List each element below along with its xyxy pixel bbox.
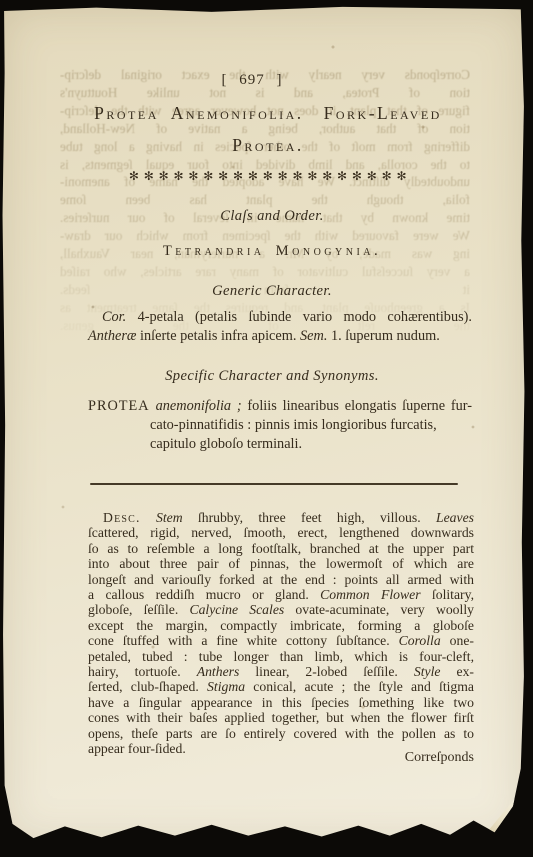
text-segment: ſhrubby, three feet high, villous. <box>183 510 436 525</box>
page-content: [ 697 ] Protea Anemonifolia. Fork-Leaved… <box>2 6 526 844</box>
description-line: except the margin, compactly imbricate, … <box>88 618 474 633</box>
paper-speckles <box>2 6 4 8</box>
description-line: ſcattered, rigid, nerved, ſmooth, erect,… <box>88 525 474 540</box>
text-segment: Stem <box>156 510 183 525</box>
text-segment: cones with their baſes applied together,… <box>88 710 474 725</box>
description-line: ſo as to reſemble a long footſtalk, bran… <box>88 541 474 556</box>
text-segment: a callous reddiſh mucro or gland. <box>88 587 320 602</box>
text-segment: Style <box>414 664 441 679</box>
text-segment: Anthers <box>197 664 240 679</box>
text-segment <box>141 510 156 525</box>
text-segment: Sem. <box>300 328 327 344</box>
generic-character-line: Antheræ inſerte petalis infra apicem. Se… <box>88 327 472 346</box>
text-segment: Corolla <box>399 633 441 648</box>
text-segment: ex- <box>440 664 474 679</box>
class-order-heading: Claſs and Order. <box>62 208 482 225</box>
text-segment: anemonifolia ; <box>156 398 242 414</box>
text-segment: inſerte petalis infra apicem. <box>136 328 300 344</box>
text-segment: conical, acute ; the ſtyle and ſtigma <box>245 679 474 694</box>
text-segment: cone ſtuffed with a fine white cottony ſ… <box>88 633 399 648</box>
text-segment: ſerted, club-ſhaped. <box>88 679 207 694</box>
text-segment: 1. ſuperum nudum. <box>327 328 439 344</box>
section-divider-rule <box>90 483 458 485</box>
description-line: Desc. Stem ſhrubby, three feet high, vil… <box>88 510 474 525</box>
specific-character-text: PROTEA anemonifolia ; foliis linearibus … <box>88 397 472 454</box>
text-segment: capitulo globoſo terminali. <box>150 436 302 452</box>
description-line: cone ſtuffed with a fine white cottony ſ… <box>88 633 474 648</box>
article-title-line2: Protea. <box>42 135 494 156</box>
text-segment: petaled, tubed : tube longer than limb, … <box>88 649 474 664</box>
text-segment: ſo as to reſemble a long footſtalk, bran… <box>88 541 474 556</box>
text-segment: hairy, tortuoſe. <box>88 664 197 679</box>
catchword: Correſponds <box>88 750 474 766</box>
page-number: [ 697 ] <box>62 72 442 89</box>
text-segment: Calycine Scales <box>189 602 284 617</box>
description-line: cones with their baſes applied together,… <box>88 710 474 725</box>
text-segment: longeſt and variouſly forked at the end … <box>88 572 474 587</box>
text-segment: foliis linearibus elongatis ſuperne fur- <box>242 398 472 414</box>
description-line: ſerted, club-ſhaped. Stigma conical, acu… <box>88 679 474 694</box>
text-segment: ovate-acuminate, very woolly <box>284 602 474 617</box>
text-segment: 4-petala (petalis ſubinde vario modo coh… <box>126 309 472 325</box>
text-segment: PROTEA <box>88 398 156 414</box>
text-segment: ſcattered, rigid, nerved, ſmooth, erect,… <box>88 525 474 540</box>
specific-character-line: cato-pinnatifidis : pinnis imis longiori… <box>88 416 472 435</box>
asterisk-ornament-row: ✻ ✻ ✻ ✻ ✻ ✻ ✻ ✻ ✻ ✻ ✻ ✻ ✻ ✻ ✻ ✻ ✻ ✻ ✻ <box>42 169 494 183</box>
scanned-book-page-photo: Correſponds very nearly with the exact o… <box>0 0 533 857</box>
text-segment: cato-pinnatifidis : pinnis imis longiori… <box>150 417 437 433</box>
description-line: have a ſingular appearance in this ſpeci… <box>88 695 474 710</box>
text-segment: Common Flower <box>320 587 420 602</box>
book-page: Correſponds very nearly with the exact o… <box>2 6 526 844</box>
text-segment: Leaves <box>436 510 474 525</box>
description-line: into about three pair of pinnas, the low… <box>88 556 474 571</box>
text-segment: ſolitary, <box>421 587 474 602</box>
text-segment: Cor. <box>102 309 126 325</box>
text-segment: have a ſingular appearance in this ſpeci… <box>88 695 474 710</box>
generic-character-heading: Generic Character. <box>62 283 482 300</box>
text-segment: globoſe, ſeſſile. <box>88 602 189 617</box>
description-text: Desc. Stem ſhrubby, three feet high, vil… <box>88 510 474 757</box>
description-line: petaled, tubed : tube longer than limb, … <box>88 649 474 664</box>
text-segment: Antheræ <box>88 328 136 344</box>
text-segment: except the margin, compactly imbricate, … <box>88 618 474 633</box>
text-segment: one- <box>441 633 474 648</box>
text-segment: linear, 2-lobed ſeſſile. <box>239 664 414 679</box>
class-order-value: Tetrandria Monogynia. <box>62 243 482 260</box>
description-line: globoſe, ſeſſile. Calycine Scales ovate-… <box>88 602 474 617</box>
text-segment: Stigma <box>207 679 245 694</box>
description-line: longeſt and variouſly forked at the end … <box>88 572 474 587</box>
text-segment: Desc. <box>103 510 141 525</box>
text-segment: into about three pair of pinnas, the low… <box>88 556 474 571</box>
description-line: opens, theſe parts are ſo entirely cover… <box>88 726 474 741</box>
text-segment: opens, theſe parts are ſo entirely cover… <box>88 726 474 741</box>
specific-character-line: capitulo globoſo terminali. <box>88 435 472 454</box>
description-line: hairy, tortuoſe. Anthers linear, 2-lobed… <box>88 664 474 679</box>
specific-character-heading: Specific Character and Synonyms. <box>62 368 482 385</box>
article-title-line1: Protea Anemonifolia. Fork-Leaved <box>42 103 494 124</box>
generic-character-line: Cor. 4-petala (petalis ſubinde vario mod… <box>88 308 472 327</box>
specific-character-line: PROTEA anemonifolia ; foliis linearibus … <box>88 397 472 416</box>
generic-character-text: Cor. 4-petala (petalis ſubinde vario mod… <box>88 308 472 345</box>
description-line: a callous reddiſh mucro or gland. Common… <box>88 587 474 602</box>
